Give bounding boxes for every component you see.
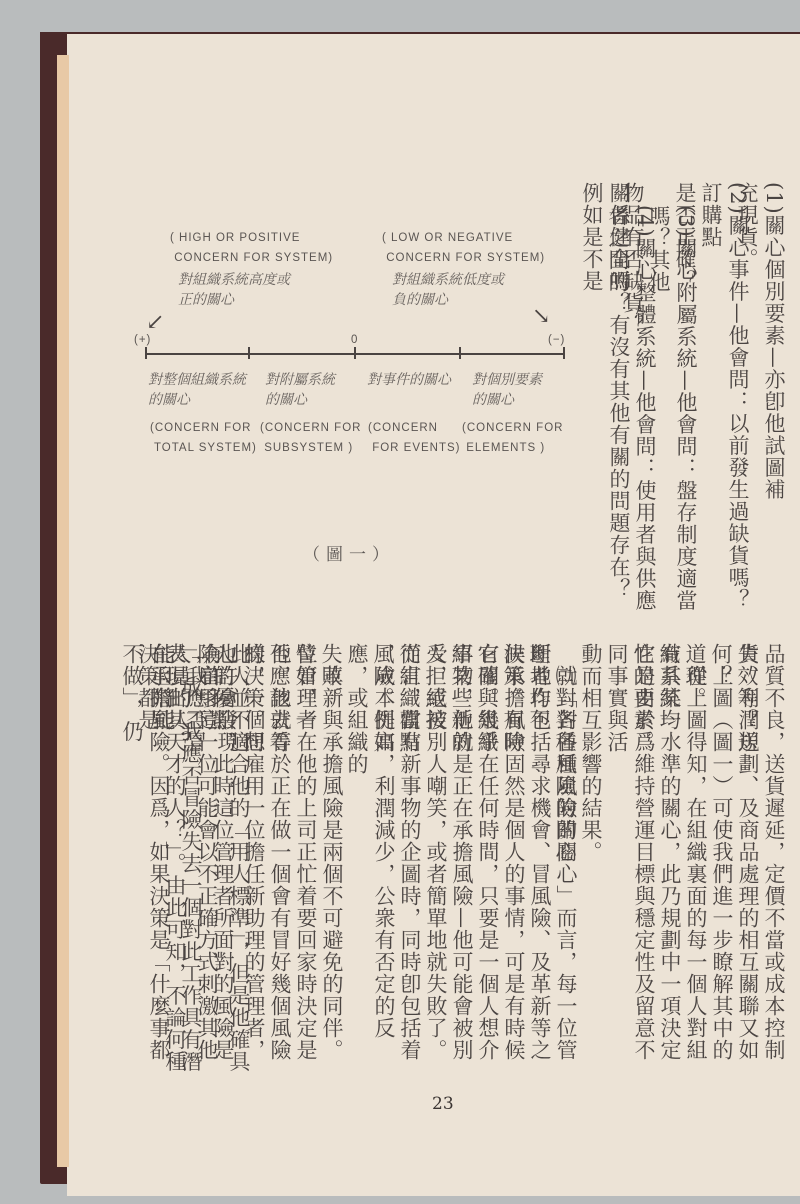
axis-tick	[145, 347, 147, 359]
text-column: (2)關心事件—他會問：以前發生過缺貨嗎？訂購點	[697, 182, 751, 612]
axis-tick	[459, 347, 461, 359]
category-events-zh: 對事件的關心	[367, 370, 451, 390]
figure-concern-scale: ( HIGH OR POSITIVE CONCERN FOR SYSTEM) 對…	[120, 220, 580, 580]
annotation-low-zh: 對組織系統低度或 負的關心	[392, 270, 504, 310]
category-events-en: (CONCERN FOR EVENTS)	[368, 418, 461, 458]
text-column: ，成本提高，利潤減少，公衆有否定的反應，或組織的	[343, 643, 397, 1073]
axis-tick	[563, 347, 565, 359]
text-column: 它是由於爲維持營運目標與穩定性及留意不同事實與活	[603, 643, 657, 1073]
page-stack-edge	[57, 55, 69, 1167]
annotation-high-en: ( HIGH OR POSITIVE CONCERN FOR SYSTEM)	[170, 228, 333, 268]
page-number: 23	[432, 1094, 454, 1114]
category-total-system-zh: 對整個組織系統 的關心	[148, 370, 246, 410]
axis-tick	[354, 347, 356, 359]
text-column: 動而相互影響的結果。	[577, 643, 604, 1073]
category-elements-zh: 對個別要素 的關心	[472, 370, 542, 410]
category-total-system-en: (CONCERN FOR TOTAL SYSTEM)	[150, 418, 257, 458]
axis-label-positive: (+)	[134, 330, 151, 350]
category-subsystem-zh: 對附屬系統 的關心	[265, 370, 335, 410]
category-elements-en: (CONCERN FOR ELEMENTS )	[462, 418, 563, 458]
annotation-high-zh: 對組織系統高度或 正的關心	[178, 270, 290, 310]
annotation-low-en: ( LOW OR NEGATIVE CONCERN FOR SYSTEM)	[382, 228, 545, 268]
text-column: 關係健全嗎？有沒有其他有關的問題存在？例如是不是	[578, 182, 632, 612]
figure-caption: （圖一）	[303, 540, 395, 565]
category-subsystem-en: (CONCERN FOR SUBSYSTEM )	[260, 418, 361, 458]
arrow-down-right-icon: ↘	[532, 304, 550, 329]
axis-tick	[248, 347, 250, 359]
text-column: 在承擔風險。因爲，如果決策是「什麼事都不做」，仍	[118, 643, 172, 1073]
